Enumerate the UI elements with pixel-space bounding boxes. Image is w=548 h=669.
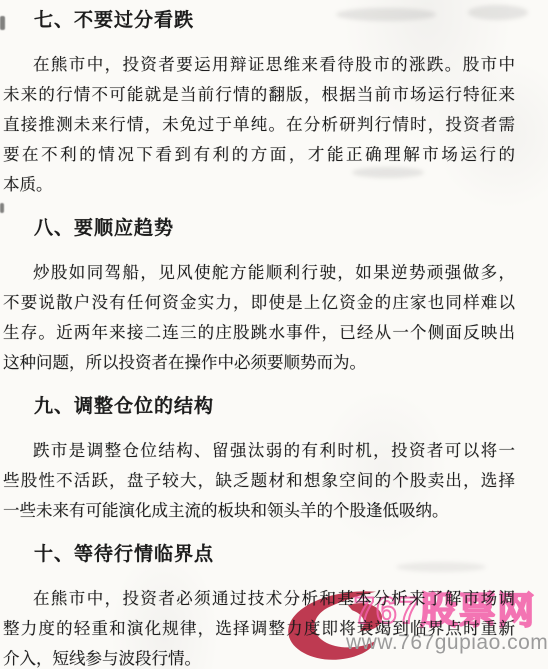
paragraph: 在熊市中，投资者要运用辩证思维来看待股市的涨跌。股市中未来的行情不可能就是当前行… [3,50,515,200]
text-line: 跌市是调整仓位结构、留强汰弱的有利时机，投资者可以将一 [3,436,515,466]
paragraph: 在熊市中，投资者必须通过技术分析和基本分析来了解市场调整力度的轻重和演化规律，选… [3,584,515,669]
paragraph: 炒股如同驾船，见风使舵方能顺利行驶，如果逆势顽强做多，不要说散户没有任何资金实力… [3,258,515,378]
text-line: 要在不利的情况下看到有利的方面，才能正确理解市场运行的 [3,140,515,170]
text-line: 在熊市中，投资者必须通过技术分析和基本分析来了解市场调 [3,584,515,614]
text-line: 介入，短线参与波段行情。 [3,644,515,669]
page-content: 七、不要过分看跌 在熊市中，投资者要运用辩证思维来看待股市的涨跌。股市中未来的行… [0,0,548,669]
chapter-section: 八、要顺应趋势 炒股如同驾船，见风使舵方能顺利行驶，如果逆势顽强做多，不要说散户… [3,216,515,378]
chapter-section: 七、不要过分看跌 在熊市中，投资者要运用辩证思维来看待股市的涨跌。股市中未来的行… [3,8,515,200]
text-line: 整力度的轻重和演化规律，选择调整力度即将衰竭到临界点时重新 [3,614,515,644]
section-heading: 十、等待行情临界点 [3,542,515,568]
section-heading: 八、要顺应趋势 [3,216,515,242]
text-line: 在熊市中，投资者要运用辩证思维来看待股市的涨跌。股市中 [3,50,515,80]
section-heading: 七、不要过分看跌 [3,8,515,34]
book-page: 767股票网 www.767gupiao.com 七、不要过分看跌 在熊市中，投… [0,0,548,669]
chapter-section: 九、调整仓位的结构 跌市是调整仓位结构、留强汰弱的有利时机，投资者可以将一些股性… [3,394,515,526]
text-line: 未来的行情不可能就是当前行情的翻版，根据当前市场运行特征来 [3,80,515,110]
text-line: 这种问题，所以投资者在操作中必须要顺势而为。 [3,348,515,378]
paragraph: 跌市是调整仓位结构、留强汰弱的有利时机，投资者可以将一些股性不活跃，盘子较大，缺… [3,436,515,526]
text-line: 不要说散户没有任何资金实力，即使是上亿资金的庄家也同样难以 [3,288,515,318]
chapter-section: 十、等待行情临界点 在熊市中，投资者必须通过技术分析和基本分析来了解市场调整力度… [3,542,515,669]
text-line: 些股性不活跃，盘子较大，缺乏题材和想象空间的个股卖出，选择 [3,466,515,496]
text-line: 生存。近两年来接二连三的庄股跳水事件，已经从一个侧面反映出 [3,318,515,348]
text-line: 直接推测未来行情，未免过于单纯。在分析研判行情时，投资者需 [3,110,515,140]
text-line: 炒股如同驾船，见风使舵方能顺利行驶，如果逆势顽强做多， [3,258,515,288]
section-heading: 九、调整仓位的结构 [3,394,515,420]
text-line: 本质。 [3,170,515,200]
text-line: 一些未来有可能演化成主流的板块和领头羊的个股逢低吸纳。 [3,496,515,526]
